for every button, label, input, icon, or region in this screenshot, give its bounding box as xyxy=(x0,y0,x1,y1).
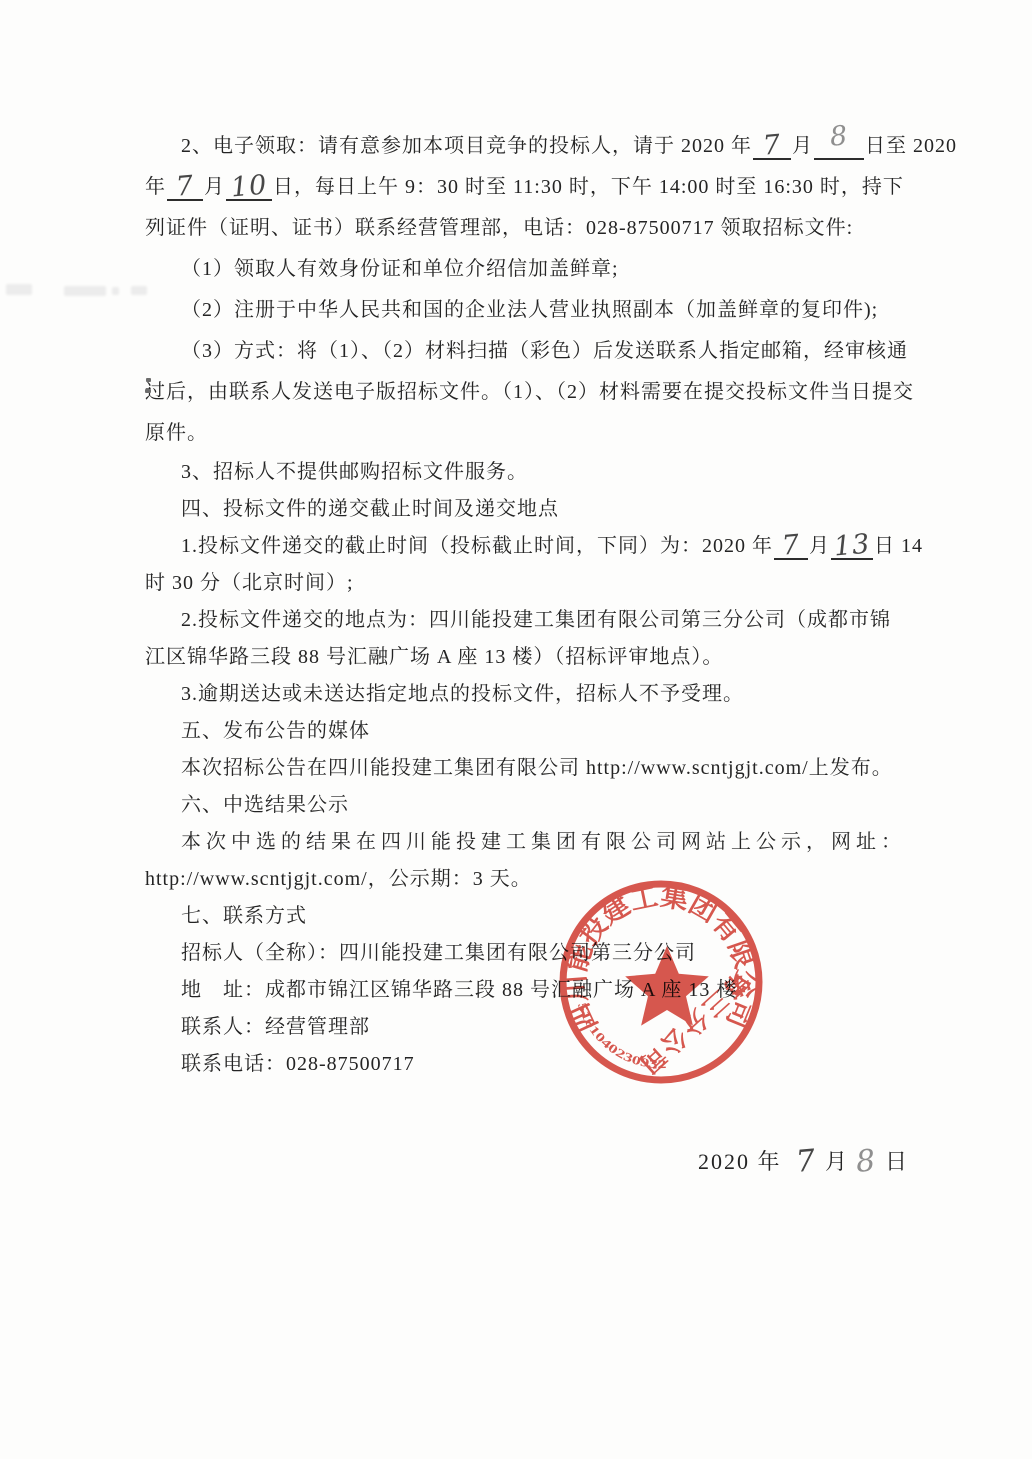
handwritten-field: 13 xyxy=(831,532,873,560)
text-segment: 月 xyxy=(792,135,813,157)
text-segment: 月 xyxy=(204,176,225,198)
scan-artifact xyxy=(145,389,151,393)
handwritten-field: 7 xyxy=(789,1147,825,1177)
text-segment: 七、联系方式 xyxy=(181,905,307,927)
text-segment: （2）注册于中华人民共和国的企业法人营业执照副本（加盖鲜章的复印件); xyxy=(181,299,878,321)
text-segment: 日 xyxy=(885,1149,909,1174)
text-segment: 2020 年 xyxy=(698,1149,789,1174)
text-line: 2.投标文件递交的地点为：四川能投建工集团有限公司第三分公司（成都市锦 xyxy=(145,602,920,639)
handwritten-value: 7 xyxy=(762,131,782,159)
handwritten-field: 7 xyxy=(774,532,808,560)
handwritten-field: 8 xyxy=(814,132,864,160)
text-segment: 3.逾期送达或未送达指定地点的投标文件，招标人不予受理。 xyxy=(181,683,744,705)
text-line: http://www.scntjgjt.com/，公示期：3 天。 xyxy=(145,861,920,898)
text-line: 2、电子领取：请有意参加本项目竞争的投标人，请于 2020 年7月8日至 202… xyxy=(145,126,920,167)
text-segment: 日 14 xyxy=(874,535,923,557)
text-line: 3.逾期送达或未送达指定地点的投标文件，招标人不予受理。 xyxy=(145,676,920,713)
scan-artifact xyxy=(131,286,147,295)
text-segment: http://www.scntjgjt.com/，公示期：3 天。 xyxy=(145,868,532,890)
text-segment: 江区锦华路三段 88 号汇融广场 A 座 13 楼）（招标评审地点）。 xyxy=(145,646,723,668)
handwritten-field: 10 xyxy=(226,173,272,201)
text-line: 年7月10日，每日上午 9：30 时至 11:30 时，下午 14:00 时至 … xyxy=(145,167,920,208)
text-line: （2）注册于中华人民共和国的企业法人营业执照副本（加盖鲜章的复印件); xyxy=(145,290,920,331)
handwritten-field: 7 xyxy=(753,132,791,160)
text-line: 1.投标文件递交的截止时间（投标截止时间，下同）为：2020 年7月13日 14 xyxy=(145,528,920,565)
text-segment: 3、招标人不提供邮购招标文件服务。 xyxy=(181,461,528,483)
text-segment: 五、发布公告的媒体 xyxy=(181,720,370,742)
text-segment: 四、投标文件的递交截止时间及递交地点 xyxy=(181,498,559,520)
text-line: 地 址：成都市锦江区锦华路三段 88 号汇融广场 A 座 13 楼 xyxy=(145,972,920,1009)
text-line: （1）领取人有效身份证和单位介绍信加盖鲜章; xyxy=(145,249,920,290)
text-line: 四、投标文件的递交截止时间及递交地点 xyxy=(145,491,920,528)
text-segment: （1）领取人有效身份证和单位介绍信加盖鲜章; xyxy=(181,258,619,280)
document-date: 2020 年 7月8日 xyxy=(145,1143,920,1180)
text-segment: 联系电话：028-87500717 xyxy=(181,1053,415,1075)
handwritten-value: 7 xyxy=(175,172,195,200)
handwritten-value: 7 xyxy=(781,531,801,559)
text-line: 联系人：经营管理部 xyxy=(145,1009,920,1046)
text-segment: 过后，由联系人发送电子版招标文件。（1）、（2）材料需要在提交投标文件当日提交 xyxy=(145,381,914,403)
text-segment: 招标人（全称）：四川能投建工集团有限公司第三分公司 xyxy=(181,942,696,964)
handwritten-field: 7 xyxy=(167,173,203,201)
scan-artifact xyxy=(64,286,106,296)
text-line: 原件。 xyxy=(145,413,920,454)
text-line: 六、中选结果公示 xyxy=(145,787,920,824)
text-segment: （3）方式：将（1）、（2）材料扫描（彩色）后发送联系人指定邮箱，经审核通 xyxy=(181,340,908,362)
text-line: 本次招标公告在四川能投建工集团有限公司 http://www.scntjgjt.… xyxy=(145,750,920,787)
text-line: 过后，由联系人发送电子版招标文件。（1）、（2）材料需要在提交投标文件当日提交 xyxy=(145,372,920,413)
text-line: 时 30 分（北京时间）; xyxy=(145,565,920,602)
text-segment: 日，每日上午 9：30 时至 11:30 时，下午 14:00 时至 16:30… xyxy=(273,176,904,198)
text-line: 联系电话：028-87500717 xyxy=(145,1046,920,1083)
text-segment: 月 xyxy=(809,535,830,557)
handwritten-value: 8 xyxy=(855,1146,879,1178)
text-line: 五、发布公告的媒体 xyxy=(145,713,920,750)
text-segment: 时 30 分（北京时间）; xyxy=(145,572,354,594)
document-body: 2、电子领取：请有意参加本项目竞争的投标人，请于 2020 年7月8日至 202… xyxy=(145,126,920,1180)
text-segment: 列证件（证明、证书）联系经营管理部，电话：028-87500717 领取招标文件… xyxy=(145,217,853,239)
text-line: （3）方式：将（1）、（2）材料扫描（彩色）后发送联系人指定邮箱，经审核通 xyxy=(145,331,920,372)
text-segment: 本次中选的结果在四川能投建工集团有限公司网站上公示，网址： xyxy=(181,831,906,853)
text-line: 招标人（全称）：四川能投建工集团有限公司第三分公司 xyxy=(145,935,920,972)
text-line: 本次中选的结果在四川能投建工集团有限公司网站上公示，网址： xyxy=(145,824,920,861)
text-segment: 地 址：成都市锦江区锦华路三段 88 号汇融广场 A 座 13 楼 xyxy=(181,979,737,1001)
page: { "page": { "background": "#fdfdfc", "te… xyxy=(0,0,1032,1459)
text-segment: 2.投标文件递交的地点为：四川能投建工集团有限公司第三分公司（成都市锦 xyxy=(181,609,891,631)
text-segment: 年 xyxy=(145,176,166,198)
scan-artifact xyxy=(112,287,119,295)
text-segment: 本次招标公告在四川能投建工集团有限公司 http://www.scntjgjt.… xyxy=(181,757,893,779)
text-segment: 日至 2020 xyxy=(865,135,957,157)
handwritten-value: 13 xyxy=(833,530,872,560)
text-segment: 联系人：经营管理部 xyxy=(181,1016,370,1038)
text-line: 江区锦华路三段 88 号汇融广场 A 座 13 楼）（招标评审地点）。 xyxy=(145,639,920,676)
handwritten-value: 7 xyxy=(795,1146,819,1178)
text-segment: 2、电子领取：请有意参加本项目竞争的投标人，请于 2020 年 xyxy=(181,135,752,157)
text-line: 七、联系方式 xyxy=(145,898,920,935)
handwritten-value: 10 xyxy=(230,171,269,201)
scan-artifact xyxy=(146,378,151,382)
text-segment: 原件。 xyxy=(145,422,208,444)
text-segment: 月 xyxy=(825,1149,849,1174)
text-line: 列证件（证明、证书）联系经营管理部，电话：028-87500717 领取招标文件… xyxy=(145,208,920,249)
text-segment: 1.投标文件递交的截止时间（投标截止时间，下同）为：2020 年 xyxy=(181,535,773,557)
scan-artifact xyxy=(6,284,32,295)
handwritten-field: 8 xyxy=(849,1147,885,1177)
text-segment: 六、中选结果公示 xyxy=(181,794,349,816)
handwritten-value: 8 xyxy=(829,122,849,150)
text-line: 3、招标人不提供邮购招标文件服务。 xyxy=(145,454,920,491)
